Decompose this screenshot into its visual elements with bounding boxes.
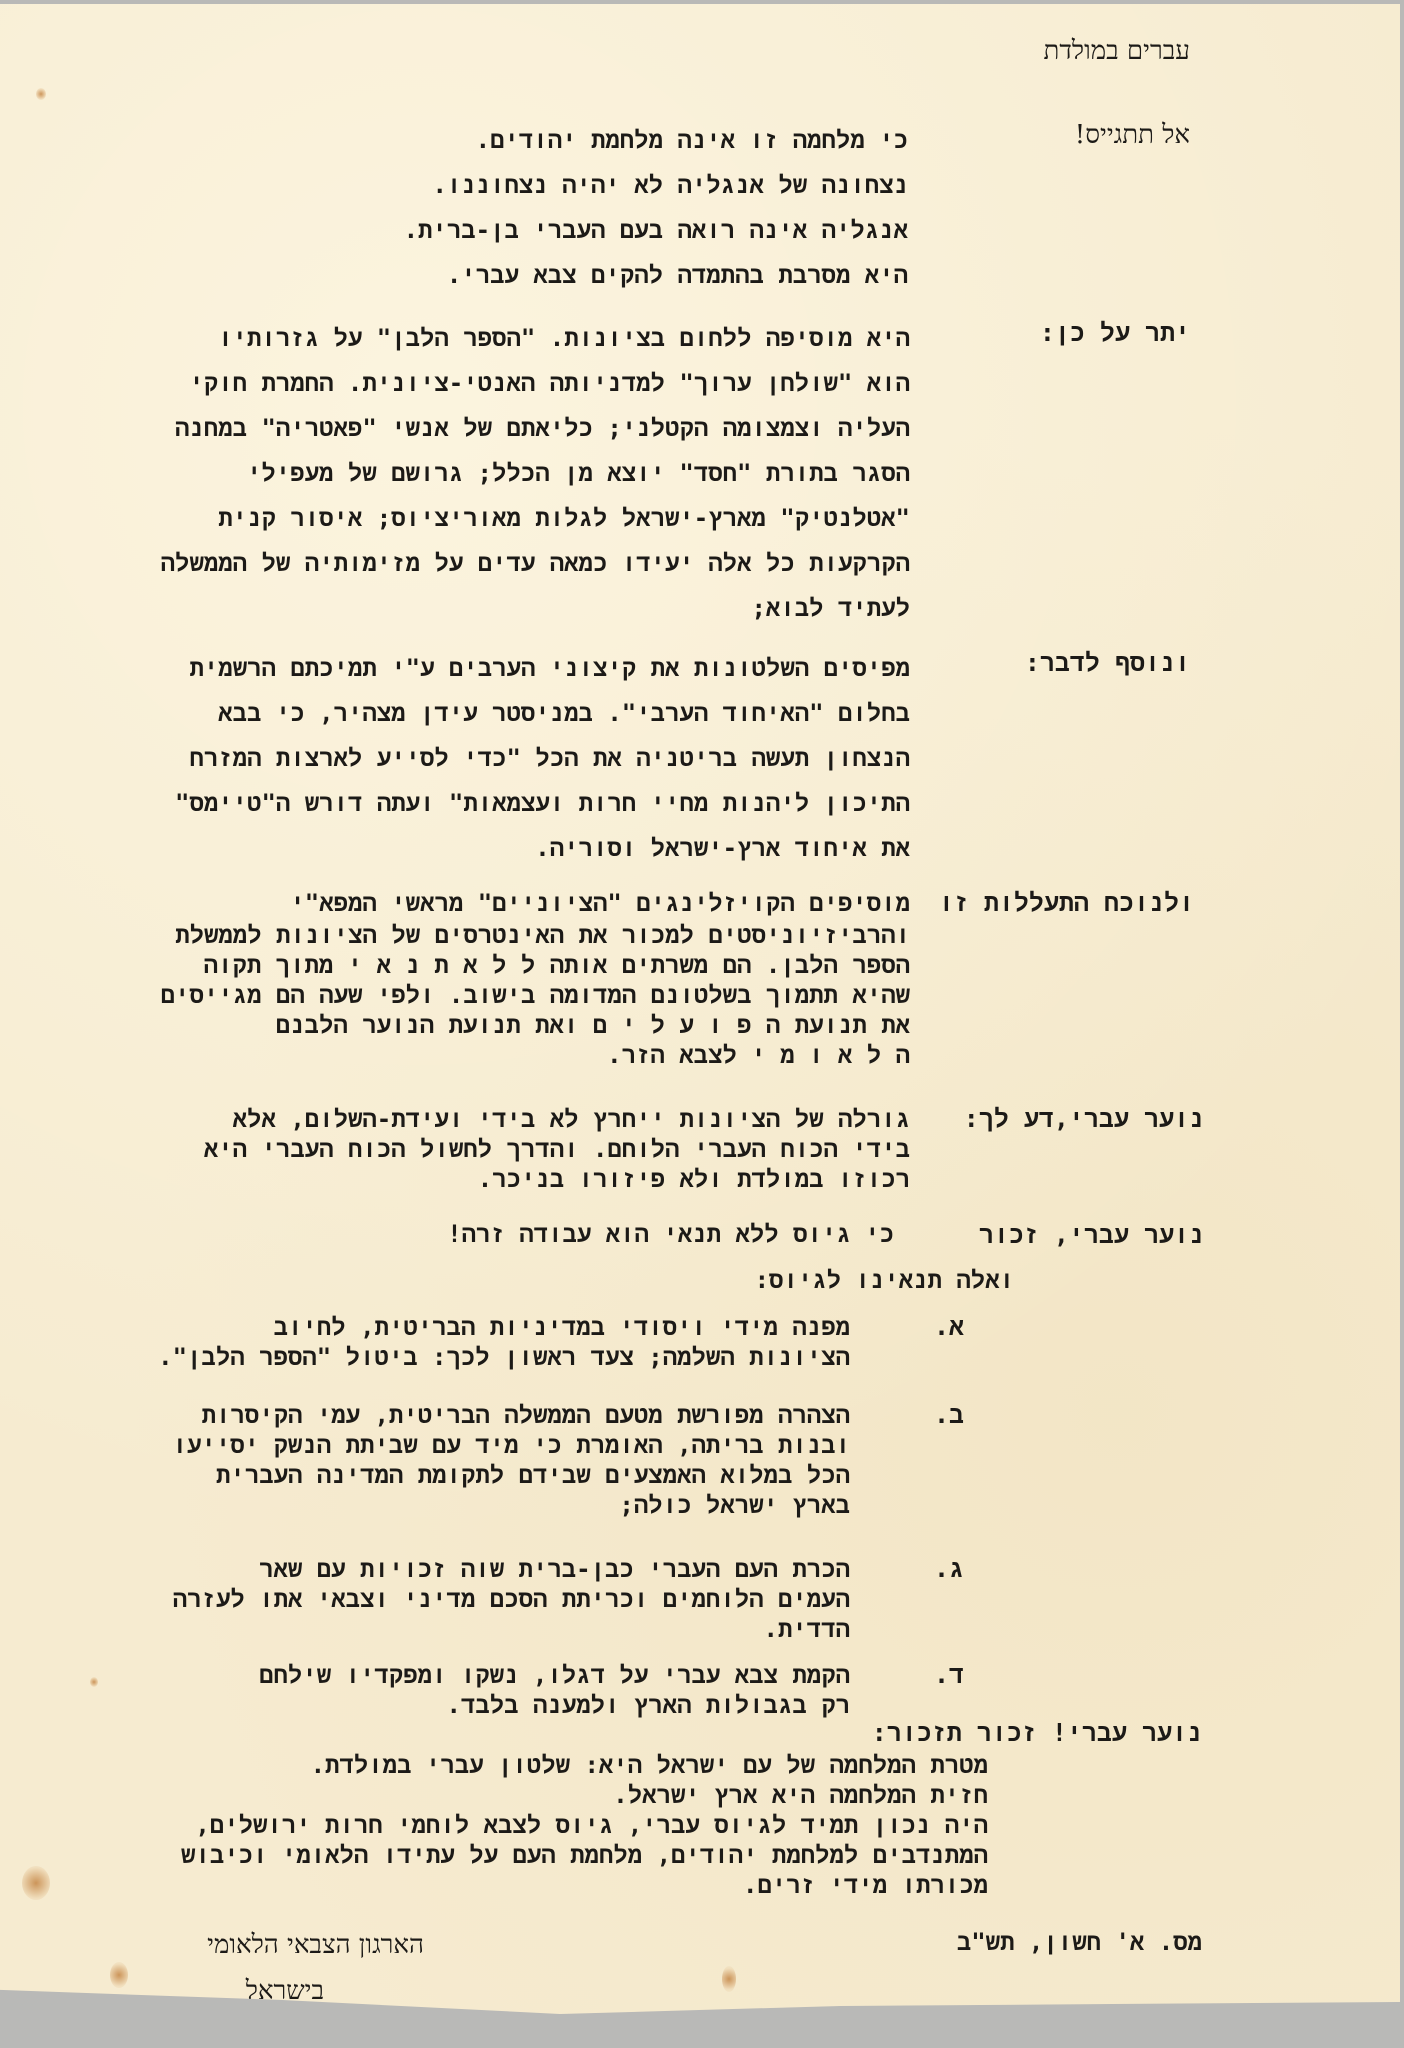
text-line: את איחוד ארץ-ישראל וסוריה. <box>175 826 910 871</box>
text-line: הספר הלבן. הם משרתים אותה ל ל א ת נ א י … <box>161 950 910 980</box>
text-line: נצחונה של אנגליה לא יהיה נצחוננו. <box>404 163 908 208</box>
text-line: שהיא תתמוך בשלטונם המדומה בישוב. ולפי שע… <box>161 980 910 1010</box>
text-line: "אטלנטיק" מארץ-ישראל לגלות מאוריציוס; אי… <box>161 496 910 541</box>
section-body: ואלה תנאינו לגיוס: <box>755 1266 1014 1296</box>
section-label: נוער עברי,דע לך: <box>964 1104 1204 1135</box>
text-line: כי מלחמה זו אינה מלחמת יהודים. <box>404 118 908 163</box>
text-line: רק בגבולות הארץ ולמענה בלבד. <box>259 1690 850 1720</box>
section-body: גורלה של הציונות ייחרץ לא בידי ועידת-השל… <box>233 1104 910 1134</box>
document-title: עברים במולדת <box>1044 36 1190 66</box>
section-body: כי גיוס ללא תנאי הוא עבודה זרה! <box>447 1220 894 1250</box>
stain-mark <box>722 1966 736 1992</box>
text-line: בידי הכוח העברי הלוחם. והדרך לחשול הכוח … <box>204 1134 910 1164</box>
condition-marker: ב. <box>934 1400 964 1431</box>
section-body: מפיסים השלטונות את קיצוני הערבים ע"י תמי… <box>175 646 910 871</box>
text-line: התיכון ליהנות מחיי חרות ועצמאות" ועתה דו… <box>175 781 910 826</box>
section-label: יתר על כן: <box>1040 318 1190 349</box>
text-line: הסגר בתורת "חסד" יוצא מן הכלל; גרושם של … <box>161 451 910 496</box>
text-line: מטרת המלחמה של עם ישראל היא: שלטון עברי … <box>181 1750 988 1780</box>
section-body: היא מוסיפה ללחום בציונות. "הספר הלבן" על… <box>161 316 910 631</box>
text-line: מפיסים השלטונות את קיצוני הערבים ע"י תמי… <box>175 646 910 691</box>
text-line: בארץ ישראל כולה; <box>173 1490 850 1520</box>
text-line: הכל במלוא האמצעים שבידם לתקומת המדינה הע… <box>173 1460 850 1490</box>
text-line: הקרקעות כל אלה יעידו כמאה עדים על מזימות… <box>161 541 910 586</box>
text-line: העמים הלוחמים וכריתת הסכם מדיני וצבאי את… <box>173 1584 850 1614</box>
section-label: ולנוכח התעללות זו <box>939 888 1194 919</box>
text-line: את תנועת ה פ ו ע ל י ם ואת תנועת הנוער ה… <box>161 1010 910 1040</box>
stain-mark <box>1240 2004 1250 2020</box>
text-line: המתנדבים למלחמת יהודים, מלחמת העם על עתי… <box>181 1840 988 1870</box>
text-line: מכורתו מידי זרים. <box>181 1870 988 1900</box>
condition-marker: א. <box>934 1312 964 1343</box>
text-line: מוסיפים הקויזלינגים "הציוניים" מראשי המפ… <box>290 888 910 918</box>
text-line: לעתיד לבוא; <box>161 586 910 631</box>
text-line: חזית המלחמה היא ארץ ישראל. <box>181 1780 988 1810</box>
condition-marker: ד. <box>934 1660 964 1691</box>
text-line: הדדית. <box>173 1614 850 1644</box>
condition-text: הצהרה מפורשת מטעם הממשלה הבריטית, עמי הק… <box>173 1400 850 1520</box>
section-label: אל תתגייס! <box>1075 120 1190 150</box>
condition-text: הכרת העם העברי כבן-ברית שוה זכויות עם שא… <box>173 1554 850 1644</box>
condition-text: הקמת צבא עברי על דגלו, נשקו ומפקדיו שילח… <box>259 1660 850 1720</box>
text-line: היא מוסיפה ללחום בציונות. "הספר הלבן" על… <box>161 316 910 361</box>
condition-text: מפנה מידי ויסודי במדיניות הבריטית, לחיוב… <box>158 1312 850 1372</box>
text-line: גורלה של הציונות ייחרץ לא בידי ועידת-השל… <box>233 1104 910 1134</box>
section-body: מוסיפים הקויזלינגים "הציוניים" מראשי המפ… <box>290 888 910 918</box>
stain-mark <box>110 1962 128 1988</box>
text-line: מפנה מידי ויסודי במדיניות הבריטית, לחיוב <box>158 1312 850 1342</box>
text-line: העליה וצמצומה הקטלני; כליאתם של אנשי "פא… <box>161 406 910 451</box>
text-line: והרביזיוניסטים למכור את האינטרסים של הצי… <box>161 920 910 950</box>
text-line: ה ל א ו מ י לצבא הזר. <box>161 1040 910 1070</box>
section-body: כי מלחמה זו אינה מלחמת יהודים. נצחונה של… <box>404 118 908 298</box>
remember-body: מטרת המלחמה של עם ישראל היא: שלטון עברי … <box>181 1750 988 1900</box>
signature-country: בישראל <box>246 1976 324 2006</box>
stain-mark <box>36 88 46 100</box>
stain-mark <box>22 1866 50 1900</box>
text-line: היה נכון תמיד לגיוס עברי, גיוס לצבא לוחמ… <box>181 1810 988 1840</box>
section-body-cont: בידי הכוח העברי הלוחם. והדרך לחשול הכוח … <box>204 1134 910 1194</box>
section-body-cont: והרביזיוניסטים למכור את האינטרסים של הצי… <box>161 920 910 1070</box>
text-line: בחלום "האיחוד הערבי". במניסטר עידן מצהיר… <box>175 691 910 736</box>
remember-label: נוער עברי! זכור תזכור: <box>872 1718 1202 1749</box>
section-label: נוער עברי, זכור <box>979 1220 1204 1251</box>
text-line: הצהרה מפורשת מטעם הממשלה הבריטית, עמי הק… <box>173 1400 850 1430</box>
document-number: מס. א' חשון, תש"ב <box>957 1928 1202 1958</box>
text-line: ובנות בריתה, האומרת כי מיד עם שביתת הנשק… <box>173 1430 850 1460</box>
text-line: הנצחון תעשה בריטניה את הכל "כדי לסייע לא… <box>175 736 910 781</box>
signature-organization: הארגון הצבאי הלאומי <box>207 1930 424 1960</box>
text-line: הוא "שולחן ערוך" למדניותה האנטי-ציונית. … <box>161 361 910 406</box>
text-line: הכרת העם העברי כבן-ברית שוה זכויות עם שא… <box>173 1554 850 1584</box>
section-label: ונוסף לדבר: <box>1025 648 1190 679</box>
text-line: רכוזו במולדת ולא פיזורו בניכר. <box>204 1164 910 1194</box>
stain-mark <box>90 1677 98 1687</box>
text-line: אנגליה אינה רואה בעם העברי בן-ברית. <box>404 208 908 253</box>
text-line: הציונות השלמה; צעד ראשון לכך: ביטול "הספ… <box>158 1342 850 1372</box>
condition-marker: ג. <box>934 1554 964 1585</box>
text-line: היא מסרבת בהתמדה להקים צבא עברי. <box>404 253 908 298</box>
text-line: הקמת צבא עברי על דגלו, נשקו ומפקדיו שילח… <box>259 1660 850 1690</box>
